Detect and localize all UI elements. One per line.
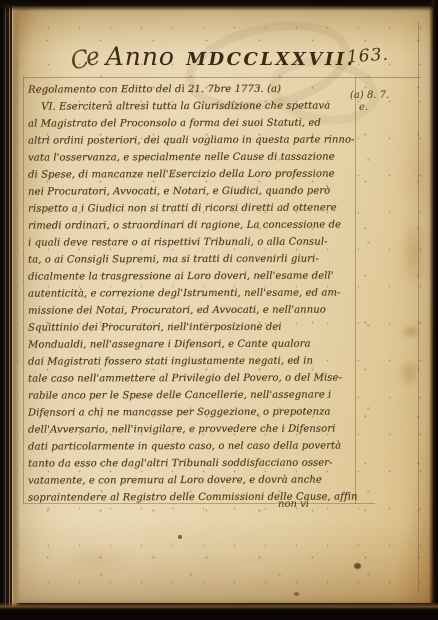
heading-year-roman: MDCCLXXVII. (186, 49, 355, 70)
calligraphic-flourish: Ce (67, 42, 100, 76)
manuscript-line: di Spese, di mancanze nell'Esercizio del… (28, 165, 358, 183)
paper-stain (398, 358, 420, 388)
ruled-frame-top (23, 77, 421, 78)
manuscript-line: rimedi ordinari, o straordinari di ragio… (28, 216, 358, 234)
paper-stain (400, 216, 428, 290)
manuscript-line: dicalmente la trasgressione ai Loro dove… (28, 267, 358, 285)
paper-stain (178, 535, 182, 539)
manuscript-line: i quali deve restare o ai rispettivi Tri… (28, 233, 358, 251)
manuscript-line: missione dei Notai, Procuratori, ed Avvo… (28, 301, 358, 319)
paper-stain (294, 592, 299, 596)
paper-stain (354, 563, 361, 569)
manuscript-line: Regolamento con Editto del dì 21. 7bre 1… (28, 81, 358, 99)
manuscript-line: rabile anco per le Spese delle Canceller… (28, 386, 358, 404)
manuscript-page: Ce Anno MDCCLXXVII. 163. (a) 8. 7. e. Re… (14, 6, 433, 603)
page-heading: Ce Anno MDCCLXXVII. (70, 42, 355, 71)
manuscript-line: dell'Avversario, nell'invigilare, e prov… (28, 420, 358, 438)
manuscript-line: nei Procuratori, Avvocati, e Notari, e G… (28, 182, 358, 200)
manuscript-line: tale caso nell'ammettere al Privilegio d… (28, 369, 358, 387)
ruled-frame-left (23, 77, 24, 504)
manuscript-line: autenticità, e correzione degl'Istrument… (28, 284, 358, 302)
manuscript-line: rispetto a i Giudici non si tratti di ri… (28, 199, 358, 217)
manuscript-line: al Magistrato del Proconsolo a forma dei… (28, 114, 358, 132)
manuscript-text-block: Regolamento con Editto del dì 21. 7bre 1… (28, 81, 358, 509)
paper-stain (404, 126, 436, 222)
manuscript-line: altri ordini posteriori, dei quali vogli… (28, 131, 358, 149)
manuscript-line: tanto da esso che dagl'altri Tribunali s… (28, 454, 358, 472)
book-photo: Ce Anno MDCCLXXVII. 163. (a) 8. 7. e. Re… (0, 0, 438, 620)
manuscript-line: vatamente, e con premura al Loro dovere,… (28, 471, 358, 489)
manuscript-line: dati particolarmente in questo caso, o n… (28, 437, 358, 455)
manuscript-line: dai Magistrati fossero stati ingiustamen… (28, 352, 358, 370)
margin-note-ref2: e. (359, 102, 389, 114)
catchword: non vi (278, 499, 309, 510)
manuscript-line: Difensori a chi ne mancasse per Soggezio… (28, 403, 358, 421)
manuscript-line: ta, o ai Consigli Supremi, ma si tratti … (28, 250, 358, 268)
heading-anno: Anno (106, 42, 175, 71)
manuscript-line: Mondualdi, nell'assegnare i Difensori, e… (28, 335, 358, 353)
page-number: 163. (346, 45, 389, 68)
paper-stain (60, 544, 134, 578)
manuscript-line: vata l'osservanza, e specialmente nelle … (28, 148, 358, 166)
manuscript-line: Squittinio dei Procuratori, nell'interpo… (28, 318, 358, 336)
manuscript-line: VI. Eserciterà altresì tutta la Giurisdi… (28, 97, 358, 115)
margin-edge-rule (418, 22, 419, 594)
